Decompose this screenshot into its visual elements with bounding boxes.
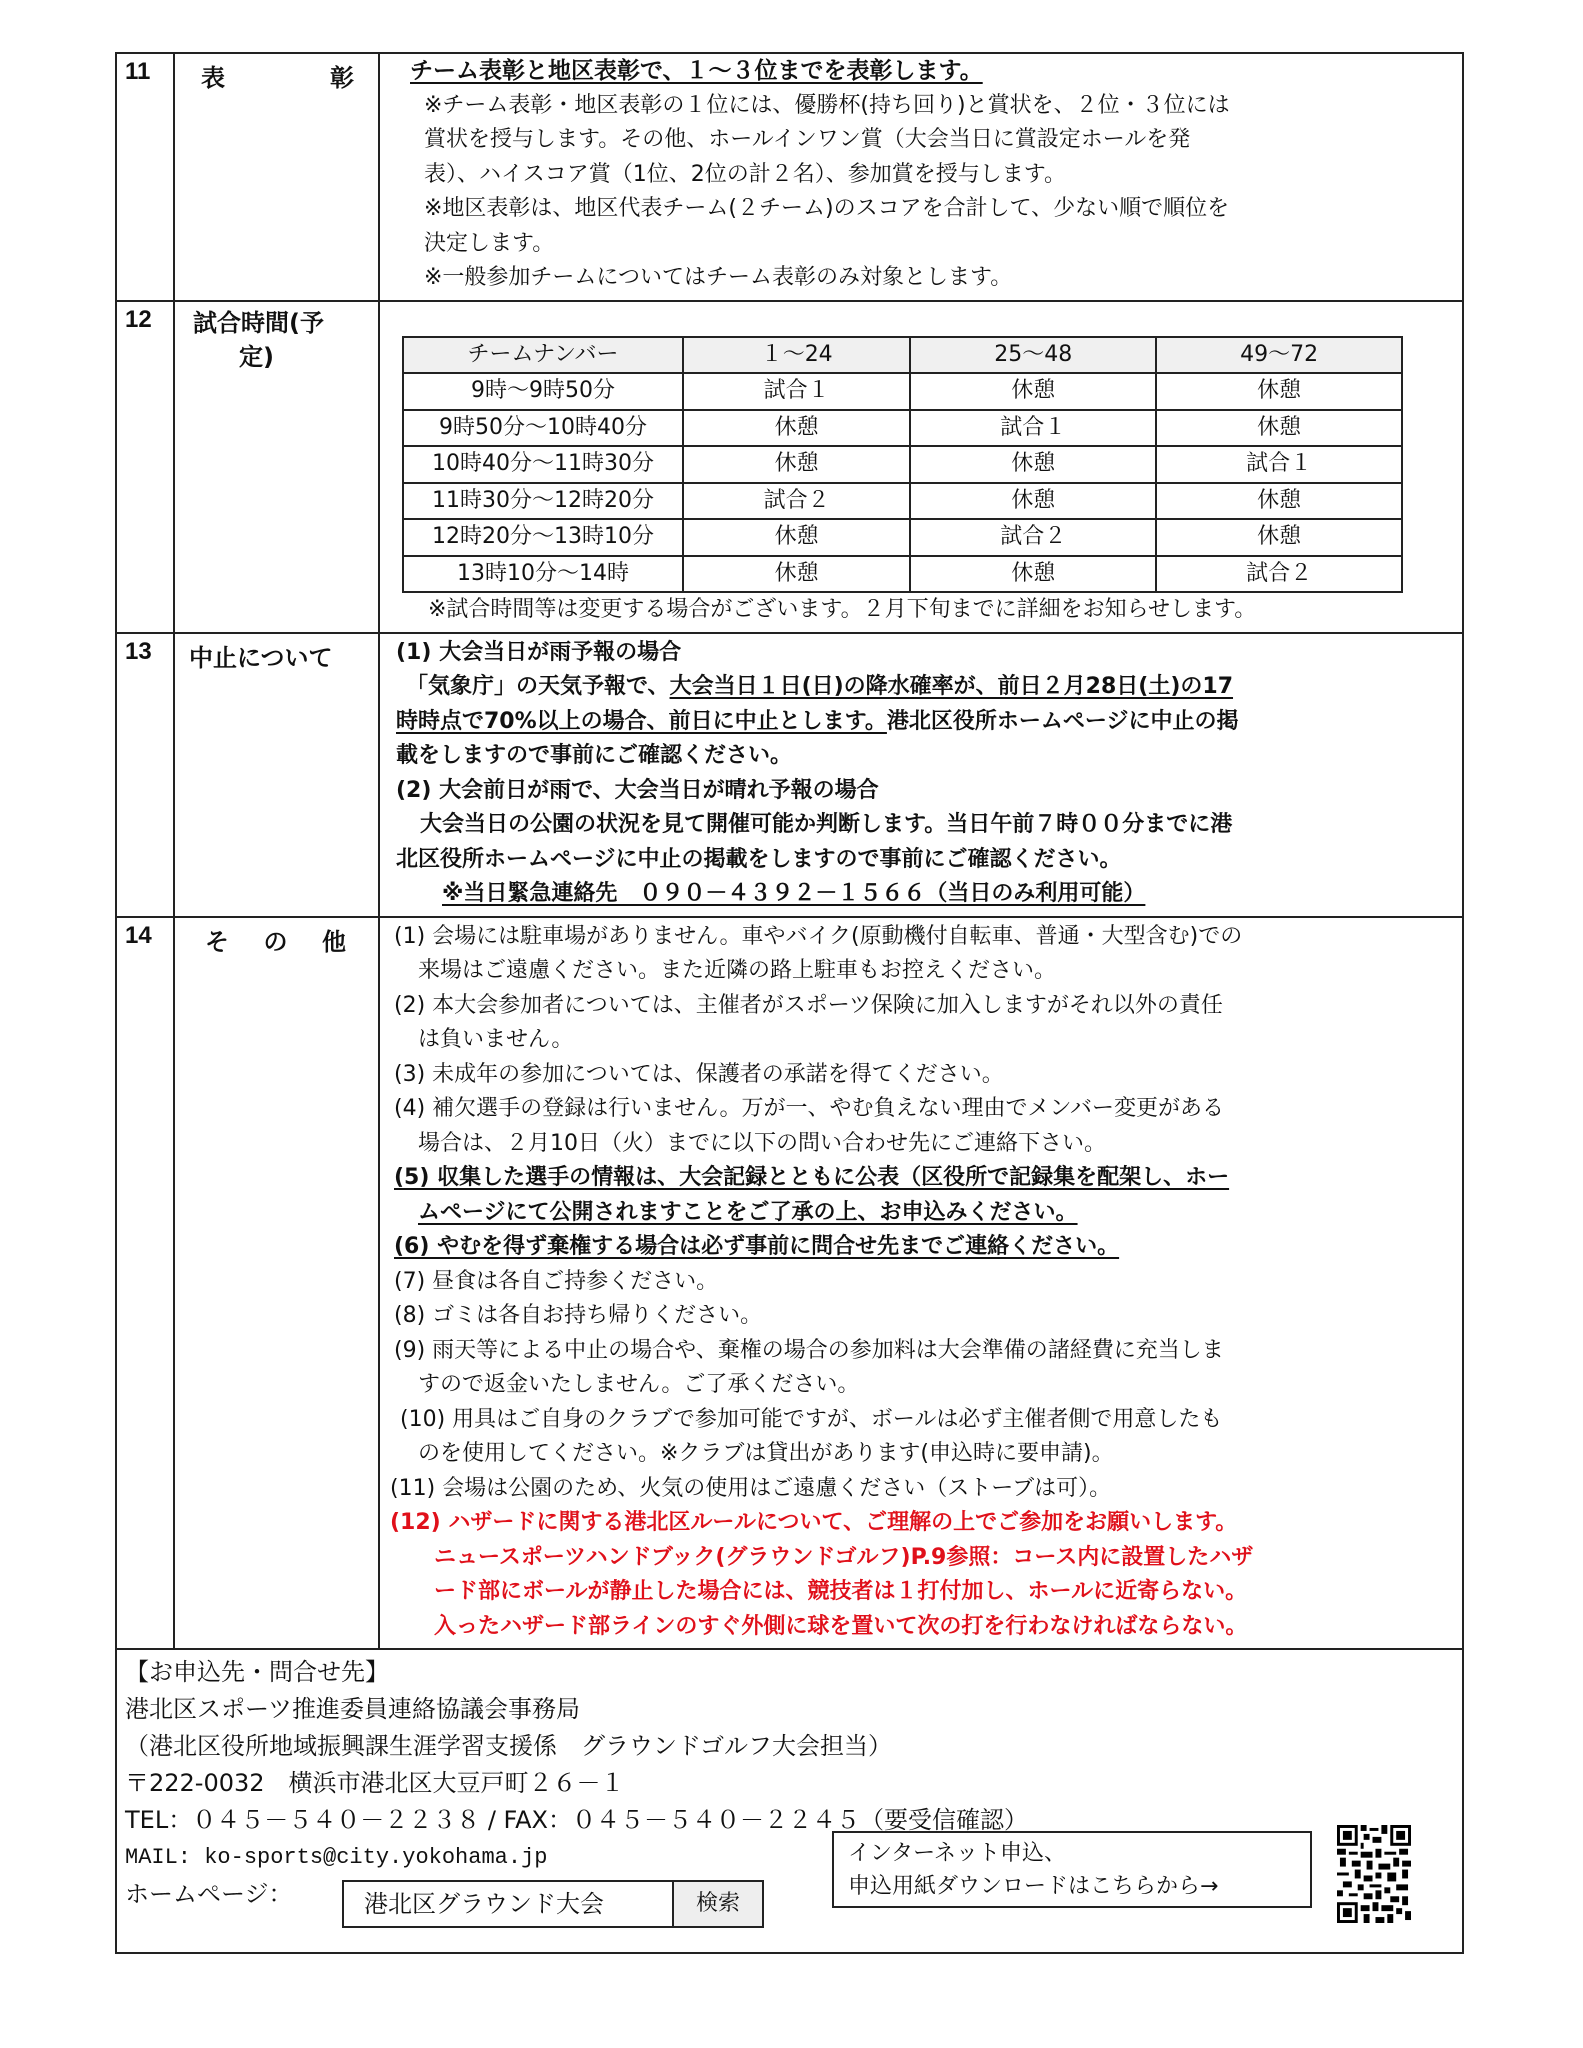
schedule-row: 11時30分～12時20分 試合２ 休憩 休憩 xyxy=(403,483,1402,520)
note-item: (4) 補欠選手の登録は行いません。万が一、やむ負えない理由でメンバー変更がある xyxy=(394,1092,1454,1127)
schedule-row: 13時10分～14時 休憩 休憩 試合２ xyxy=(403,556,1402,593)
note-item: (2) 本大会参加者については、主催者がスポーツ保険に加入しますがそれ以外の責任 xyxy=(394,989,1454,1024)
schedule-row: 12時20分～13時10分 休憩 試合２ 休憩 xyxy=(403,519,1402,556)
contact-heading: 【お申込先・問合せ先】 xyxy=(125,1654,1462,1691)
section-label: 表 彰 xyxy=(174,53,379,301)
section-13-cancellation: 13 中止について (1) 大会当日が雨予報の場合 「気象庁」の天気予報で、大会… xyxy=(116,633,1463,917)
match-schedule-table: チームナンバー １～24 25～48 49～72 9時～9時50分 試合１ 休憩… xyxy=(402,336,1403,594)
document-page: 11 表 彰 チーム表彰と地区表彰で、１～３位までを表彰します。 ※チーム表彰・… xyxy=(115,52,1464,1954)
note-item-privacy: (5) 収集した選手の情報は、大会記録とともに公表（区役所で記録集を配架し、ホー xyxy=(394,1161,1454,1196)
note-item: (3) 未成年の参加については、保護者の承諾を得てください。 xyxy=(394,1058,1454,1093)
hazard-rule-notice: (12) ハザードに関する港北区ルールについて、ご理解の上でご参加をお願いします… xyxy=(390,1506,1454,1541)
section-label: 試合時間(予 定) xyxy=(174,301,379,633)
search-button[interactable]: 検索 xyxy=(674,1882,762,1926)
note-item: (9) 雨天等による中止の場合や、棄権の場合の参加料は大会準備の諸経費に充当しま xyxy=(394,1334,1454,1369)
note-item: (7) 昼食は各自ご持参ください。 xyxy=(394,1265,1454,1300)
section-11-awards: 11 表 彰 チーム表彰と地区表彰で、１～３位までを表彰します。 ※チーム表彰・… xyxy=(116,53,1463,301)
contact-org: 港北区スポーツ推進委員連絡協議会事務局 xyxy=(125,1691,1462,1728)
section-label: 中止について xyxy=(174,633,379,917)
schedule-note: ※試合時間等は変更する場合がございます。２月下旬までに詳細をお知らせします。 xyxy=(402,593,1454,628)
schedule-row: 9時50分～10時40分 休憩 試合１ 休憩 xyxy=(403,410,1402,447)
internet-application-box[interactable]: インターネット申込、 申込用紙ダウンロードはこちらから→ xyxy=(832,1831,1312,1908)
section-12-schedule: 12 試合時間(予 定) チームナンバー １～24 25～48 49～72 9時… xyxy=(116,301,1463,633)
schedule-header-row: チームナンバー １～24 25～48 49～72 xyxy=(403,337,1402,374)
section-number: 12 xyxy=(116,301,174,633)
section-number: 14 xyxy=(116,917,174,1650)
section-body: チーム表彰と地区表彰で、１～３位までを表彰します。 ※チーム表彰・地区表彰の１位… xyxy=(379,53,1463,301)
schedule-row: 9時～9時50分 試合１ 休憩 休憩 xyxy=(403,373,1402,410)
section-number: 13 xyxy=(116,633,174,917)
qr-code-icon[interactable] xyxy=(1337,1825,1411,1923)
section-label: そ の 他 xyxy=(174,917,379,1650)
contact-address: 〒222-0032 横浜市港北区大豆戸町２６－１ xyxy=(125,1765,1462,1802)
contact-dept: （港北区役所地域振興課生涯学習支援係 グラウンドゴルフ大会担当） xyxy=(125,1728,1462,1765)
note-item: (11) 会場は公園のため、火気の使用はご遠慮ください（ストーブは可）。 xyxy=(390,1472,1454,1507)
note-item: (1) 会場には駐車場がありません。車やバイク(原動機付自転車、普通・大型含む)… xyxy=(394,920,1454,955)
section-body: (1) 会場には駐車場がありません。車やバイク(原動機付自転車、普通・大型含む)… xyxy=(379,917,1463,1650)
contact-section: 【お申込先・問合せ先】 港北区スポーツ推進委員連絡協議会事務局 （港北区役所地域… xyxy=(115,1650,1464,1954)
note-item-withdrawal: (6) やむを得ず棄権する場合は必ず事前に問合せ先までご連絡ください。 xyxy=(394,1230,1454,1265)
section-body: チームナンバー １～24 25～48 49～72 9時～9時50分 試合１ 休憩… xyxy=(379,301,1463,633)
note-item: (10) 用具はご自身のクラブで参加可能ですが、ボールは必ず主催者側で用意したも xyxy=(394,1403,1454,1438)
section-body: (1) 大会当日が雨予報の場合 「気象庁」の天気予報で、大会当日１日(日)の降水… xyxy=(379,633,1463,917)
note-item: (8) ゴミは各自お持ち帰りください。 xyxy=(394,1299,1454,1334)
schedule-row: 10時40分～11時30分 休憩 休憩 試合１ xyxy=(403,446,1402,483)
awards-headline: チーム表彰と地区表彰で、１～３位までを表彰します。 xyxy=(396,54,1454,89)
homepage-label: ホームページ： xyxy=(125,1876,293,1913)
emergency-contact: ※当日緊急連絡先 ０９０－４３９２－１５６６（当日のみ利用可能） xyxy=(396,877,1454,912)
section-number: 11 xyxy=(116,53,174,301)
event-details-table: 11 表 彰 チーム表彰と地区表彰で、１～３位までを表彰します。 ※チーム表彰・… xyxy=(115,52,1464,1650)
search-input[interactable]: 港北区グラウンド大会 xyxy=(344,1882,674,1926)
section-14-other: 14 そ の 他 (1) 会場には駐車場がありません。車やバイク(原動機付自転車… xyxy=(116,917,1463,1650)
search-box: 港北区グラウンド大会 検索 xyxy=(342,1880,764,1928)
